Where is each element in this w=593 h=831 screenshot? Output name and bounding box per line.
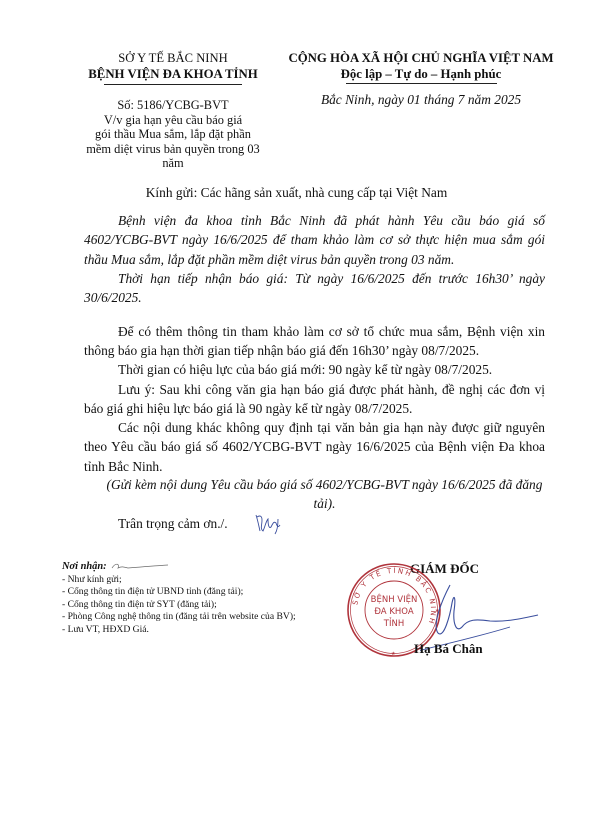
document-number: Số: 5186/YCBG-BVT: [62, 98, 284, 113]
recipient-item: - Như kính gửi;: [62, 574, 362, 587]
svg-text:★: ★: [391, 651, 396, 657]
recipient-item: - Cổng thông tin điện tử SYT (đăng tải);: [62, 599, 362, 612]
closing-line: Trân trọng cảm ơn./.: [118, 516, 228, 532]
subject-line: V/v gia hạn yêu cầu báo giá: [62, 113, 284, 128]
header-left-underline: [104, 84, 242, 85]
attachment-note: (Gửi kèm nội dung Yêu cầu báo giá số 460…: [84, 475, 545, 514]
body-paragraph: Thời hạn tiếp nhận báo giá: Từ ngày 16/6…: [84, 269, 545, 308]
national-motto: Độc lập – Tự do – Hạnh phúc: [282, 66, 560, 82]
recipient-item: - Cổng thông tin điện tử UBND tỉnh (đăng…: [62, 586, 362, 599]
header-left: SỞ Y TẾ BẮC NINH BỆNH VIỆN ĐA KHOA TỈNH: [62, 50, 284, 85]
date-line: Bắc Ninh, ngày 01 tháng 7 năm 2025: [282, 92, 560, 108]
body-paragraph: Thời gian có hiệu lực của báo giá mới: 9…: [84, 360, 545, 379]
body-paragraph: Lưu ý: Sau khi công văn gia hạn báo giá …: [84, 380, 545, 419]
header-right-underline: [346, 83, 497, 84]
national-title: CỘNG HÒA XÃ HỘI CHỦ NGHĨA VIỆT NAM: [282, 50, 560, 66]
subject-line: mềm diệt virus bản quyền trong 03: [62, 142, 284, 157]
svg-text:ĐA KHOA: ĐA KHOA: [374, 607, 413, 617]
subject-line: năm: [62, 156, 284, 171]
recipients-list: Nơi nhận: - Như kính gửi; - Cổng thông t…: [62, 561, 362, 637]
body-paragraph: Các nội dung khác không quy định tại văn…: [84, 418, 545, 476]
svg-text:TỈNH: TỈNH: [383, 617, 404, 629]
header-right: CỘNG HÒA XÃ HỘI CHỦ NGHĨA VIỆT NAM Độc l…: [282, 50, 560, 84]
body-paragraph: Bệnh viện đa khoa tỉnh Bắc Ninh đã phát …: [84, 211, 545, 269]
agency-name: SỞ Y TẾ BẮC NINH: [62, 50, 284, 66]
organization-name: BỆNH VIỆN ĐA KHOA TỈNH: [62, 66, 284, 82]
document-reference: Số: 5186/YCBG-BVT V/v gia hạn yêu cầu bá…: [62, 98, 284, 171]
initials-signature-icon: [254, 511, 284, 535]
recipient-item: - Lưu VT, HĐXD Giá.: [62, 624, 362, 637]
initials-scribble-icon: [110, 560, 170, 572]
signer-name: Hạ Bá Chân: [414, 641, 483, 657]
recipient-item: - Phòng Công nghệ thông tin (đăng tải tr…: [62, 611, 362, 624]
recipient-line: Kính gửi: Các hãng sản xuất, nhà cung cấ…: [0, 185, 593, 201]
body-paragraph: Để có thêm thông tin tham khảo làm cơ sở…: [84, 322, 545, 361]
subject-line: gói thầu Mua sắm, lắp đặt phần: [62, 127, 284, 142]
recipients-title: Nơi nhận:: [62, 561, 362, 574]
svg-text:BỆNH VIỆN: BỆNH VIỆN: [371, 593, 418, 605]
